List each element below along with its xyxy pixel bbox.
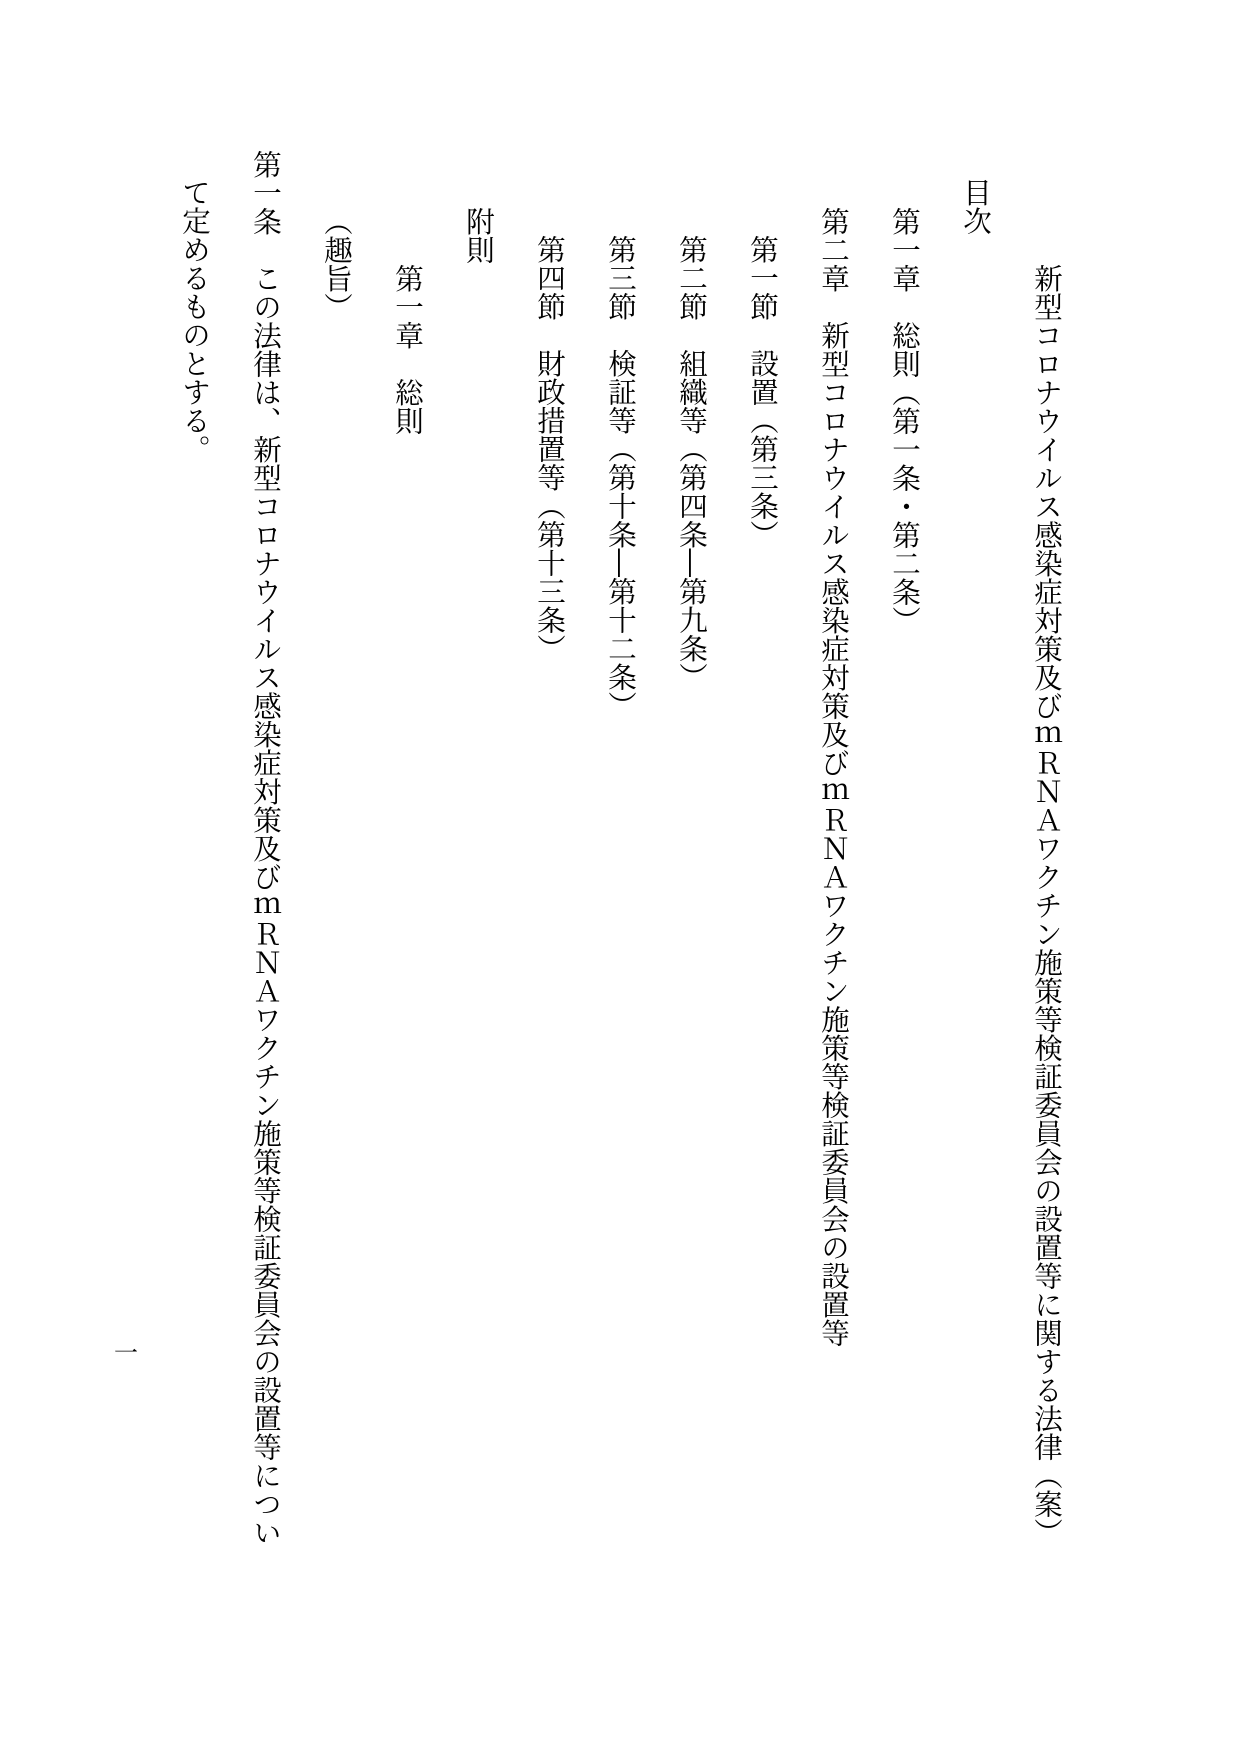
document-title: 新型コロナウイルス感染症対策及びｍＲＮＡワクチン施策等検証委員会の設置等に関する… (1011, 178, 1082, 1553)
toc-item-section-2: 第二節 組織等（第四条―第九条） (656, 178, 727, 1553)
page-number: 一 (114, 1338, 138, 1368)
toc-item-section-1: 第一節 設置（第三条） (727, 178, 798, 1553)
article-text: 第一条 この法律は、新型コロナウイルス感染症対策及びｍＲＮＡワクチン施策等検証委… (159, 178, 301, 1553)
toc-item-section-4: 第四節 財政措置等（第十三条） (514, 178, 585, 1553)
document-page: 新型コロナウイルス感染症対策及びｍＲＮＡワクチン施策等検証委員会の設置等に関する… (0, 0, 1240, 1753)
toc-item-chapter-2: 第二章 新型コロナウイルス感染症対策及びｍＲＮＡワクチン施策等検証委員会の設置等 (798, 178, 869, 1553)
vertical-text-frame: 新型コロナウイルス感染症対策及びｍＲＮＡワクチン施策等検証委員会の設置等に関する… (159, 178, 1082, 1553)
article-caption: （趣旨） (301, 178, 372, 1553)
toc-heading: 目次 (940, 178, 1011, 1553)
toc-item-section-3: 第三節 検証等（第十条―第十二条） (585, 178, 656, 1553)
chapter-heading: 第一章 総則 (372, 178, 443, 1553)
page: { "document": { "title": "新型コロナウイルス感染症対策… (0, 0, 1240, 1753)
toc-item-supplementary-provisions: 附則 (443, 178, 514, 1553)
toc-item-chapter-1: 第一章 総則（第一条・第二条） (869, 178, 940, 1553)
